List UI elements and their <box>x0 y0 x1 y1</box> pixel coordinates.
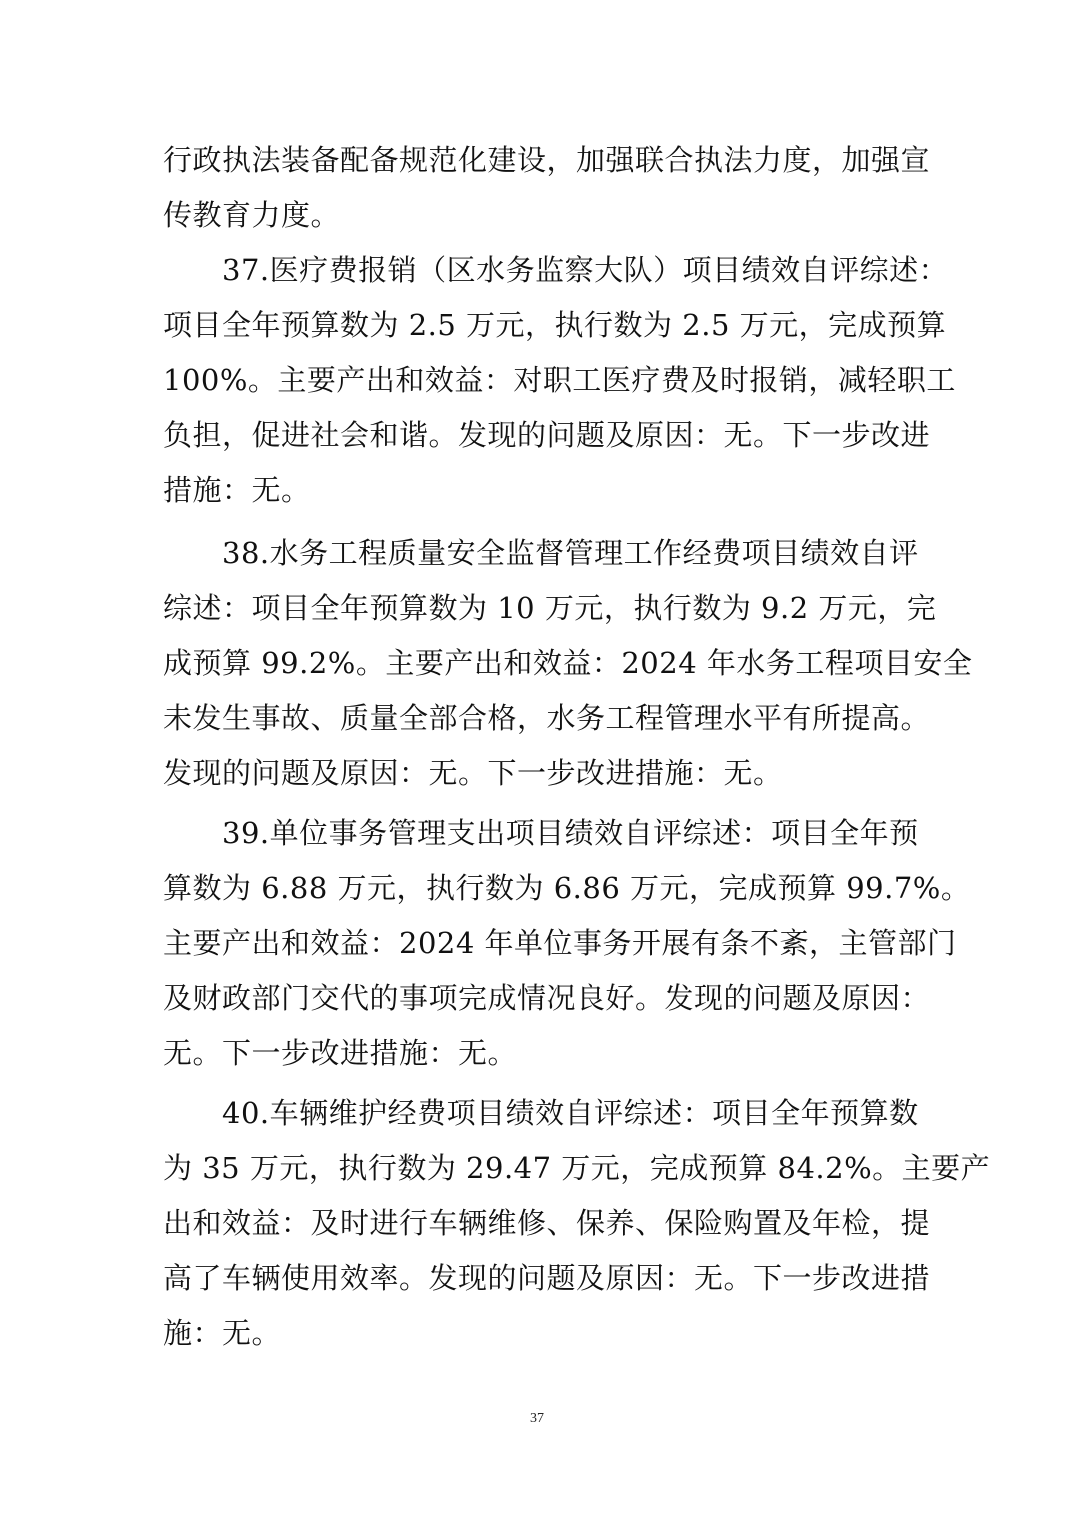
text-line: 100%。主要产出和效益：对职工医疗费及时报销，减轻职工 <box>163 360 913 400</box>
text-line: 及财政部门交代的事项完成情况良好。发现的问题及原因： <box>163 978 913 1018</box>
text-line: 高了车辆使用效率。发现的问题及原因：无。下一步改进措 <box>163 1258 913 1298</box>
text-line: 出和效益：及时进行车辆维修、保养、保险购置及年检，提 <box>163 1203 913 1243</box>
text-line: 传教育力度。 <box>163 195 913 235</box>
item-40-heading-line: 40.车辆维护经费项目绩效自评综述：项目全年预算数 <box>163 1093 913 1133</box>
text-line: 算数为 6.88 万元，执行数为 6.86 万元，完成预算 99.7%。 <box>163 868 913 908</box>
text-line: 发现的问题及原因：无。下一步改进措施：无。 <box>163 753 913 793</box>
item-38-heading-line: 38.水务工程质量安全监督管理工作经费项目绩效自评 <box>163 533 913 573</box>
page-number: 37 <box>0 1411 1074 1427</box>
text-line: 负担，促进社会和谐。发现的问题及原因：无。下一步改进 <box>163 415 913 455</box>
document-page: 行政执法装备配备规范化建设，加强联合执法力度，加强宣 传教育力度。 37.医疗费… <box>0 0 1074 1520</box>
item-39-heading-line: 39.单位事务管理支出项目绩效自评综述：项目全年预 <box>163 813 913 853</box>
text-line: 行政执法装备配备规范化建设，加强联合执法力度，加强宣 <box>163 140 913 180</box>
text-line: 措施：无。 <box>163 470 913 510</box>
text-line: 为 35 万元，执行数为 29.47 万元，完成预算 84.2%。主要产 <box>163 1148 913 1188</box>
item-37-heading-line: 37.医疗费报销（区水务监察大队）项目绩效自评综述： <box>163 250 913 290</box>
text-line: 综述：项目全年预算数为 10 万元，执行数为 9.2 万元，完 <box>163 588 913 628</box>
text-line: 成预算 99.2%。主要产出和效益：2024 年水务工程项目安全 <box>163 643 913 683</box>
text-line: 无。下一步改进措施：无。 <box>163 1033 913 1073</box>
text-line: 项目全年预算数为 2.5 万元，执行数为 2.5 万元，完成预算 <box>163 305 913 345</box>
text-line: 施：无。 <box>163 1313 913 1353</box>
text-line: 主要产出和效益：2024 年单位事务开展有条不紊，主管部门 <box>163 923 913 963</box>
text-line: 未发生事故、质量全部合格，水务工程管理水平有所提高。 <box>163 698 913 738</box>
